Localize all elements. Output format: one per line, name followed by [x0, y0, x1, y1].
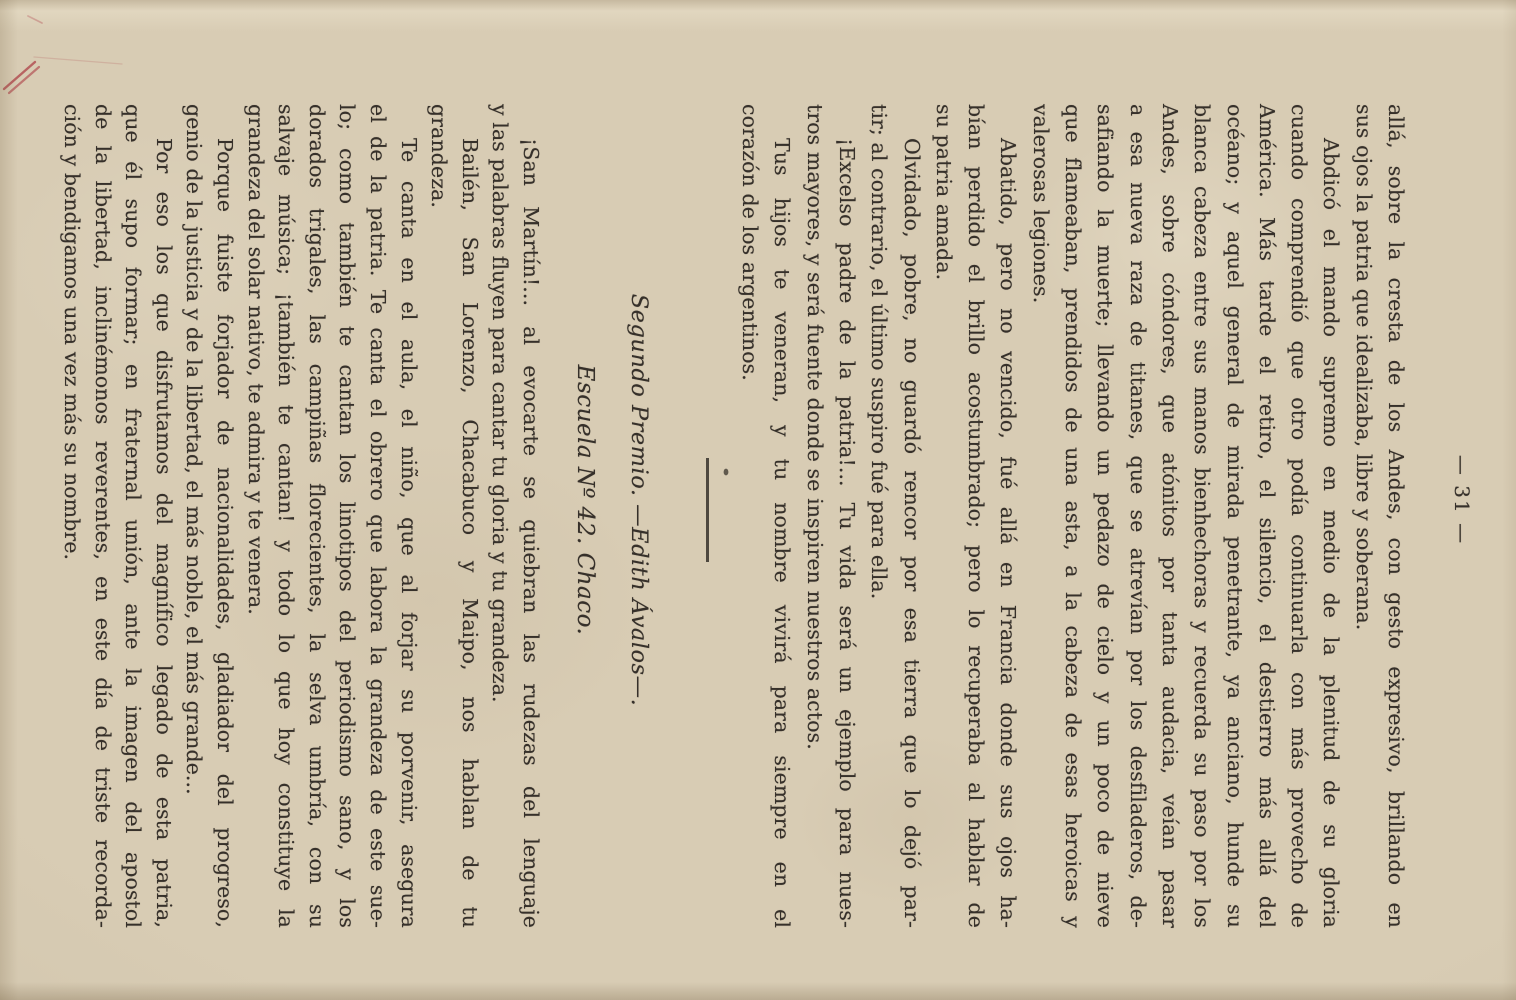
body-text-line: que él supo formar; en fraternal unión, …	[118, 104, 149, 928]
separator-rule	[706, 458, 709, 562]
body-text-block-1: allá, sobre la cresta de los Andes, con …	[734, 104, 1412, 928]
body-text-line: sus ojos la patria que idealizaba, libre…	[1347, 104, 1379, 928]
body-text-line: a esa nueva raza de titanes, que se atre…	[1121, 104, 1153, 928]
body-text-line: Porque fuiste forjador de nacionalidades…	[209, 104, 240, 928]
page-number: — 31 —	[1450, 0, 1474, 1000]
scanned-page: — 31 — allá, sobre la cresta de los Ande…	[0, 0, 1516, 1000]
body-text-line: Andes, sobre cóndores, que atónitos por …	[1154, 104, 1186, 928]
body-text-line: Tus hijos te veneran, y tu nombre vivirá…	[766, 104, 798, 928]
body-text-line: genio de la justicia y de la libertad, e…	[179, 104, 210, 928]
school-heading: Escuela Nº 42. Chaco.	[572, 0, 598, 1000]
body-text-line: Te canta en el aula, el niño, que al for…	[393, 104, 424, 928]
body-text-line: de la libertad, inclinémonos reverentes,…	[87, 104, 118, 928]
body-text-line: salvaje música; ¡también te cantan! y to…	[271, 104, 302, 928]
body-text-line: grandeza del solar nativo, te admira y t…	[240, 104, 271, 928]
body-text-line: corazón de los argentinos.	[734, 104, 766, 928]
body-text-line: Bailén, San Lorenzo, Chacabuco y Maipo, …	[454, 104, 485, 928]
body-text-line: el de la patria. Te canta el obrero que …	[362, 104, 393, 928]
body-text-line: ¡Excelso padre de la patria!... Tu vida …	[831, 104, 863, 928]
body-text-line: allá, sobre la cresta de los Andes, con …	[1380, 104, 1412, 928]
body-text-line: América. Más tarde el retiro, el silenci…	[1251, 104, 1283, 928]
body-text-line: que flameaban, prendidos de una asta, a …	[1057, 104, 1089, 928]
body-text-line: blanca cabeza entre sus manos bienhechor…	[1186, 104, 1218, 928]
body-text-line: ¡San Martín!... al evocarte se quiebran …	[515, 104, 546, 928]
body-text-line: grandeza.	[424, 104, 455, 928]
body-text-line: Abatido, pero no vencido, fué allá en Fr…	[992, 104, 1024, 928]
body-text-line: valerosas legiones.	[1024, 104, 1056, 928]
body-text-line: Por eso los que disfrutamos del magnífic…	[148, 104, 179, 928]
body-text-block-2: ¡San Martín!... al evocarte se quiebran …	[57, 104, 547, 928]
body-text-line: océano; y aquel general de mirada penetr…	[1218, 104, 1250, 928]
body-text-line: bían perdido el brillo acostumbrado; per…	[960, 104, 992, 928]
body-text-line: tir; al contrario, el último suspiro fué…	[863, 104, 895, 928]
body-text-line: Olvidado, pobre, no guardó rencor por es…	[895, 104, 927, 928]
body-text-line: su patria amada.	[928, 104, 960, 928]
body-text-line: lo; como también te cantan los linotipos…	[332, 104, 363, 928]
body-text-line: dorados trigales, las campiñas florecien…	[301, 104, 332, 928]
body-text-line: safiando la muerte; llevando un pedazo d…	[1089, 104, 1121, 928]
body-text-line: ción y bendigamos una vez más su nombre.	[57, 104, 88, 928]
page-content: — 31 — allá, sobre la cresta de los Ande…	[0, 0, 1516, 1000]
award-heading: Segundo Premio. —Edith Ávalos—.	[626, 0, 652, 1000]
body-text-line: Abdicó el mando supremo en medio de la p…	[1315, 104, 1347, 928]
body-text-line: cuando comprendió que otro podía continu…	[1283, 104, 1315, 928]
body-text-line: tros mayores, y será fuente donde se ins…	[798, 104, 830, 928]
body-text-line: y las palabras fluyen para cantar tu glo…	[485, 104, 516, 928]
